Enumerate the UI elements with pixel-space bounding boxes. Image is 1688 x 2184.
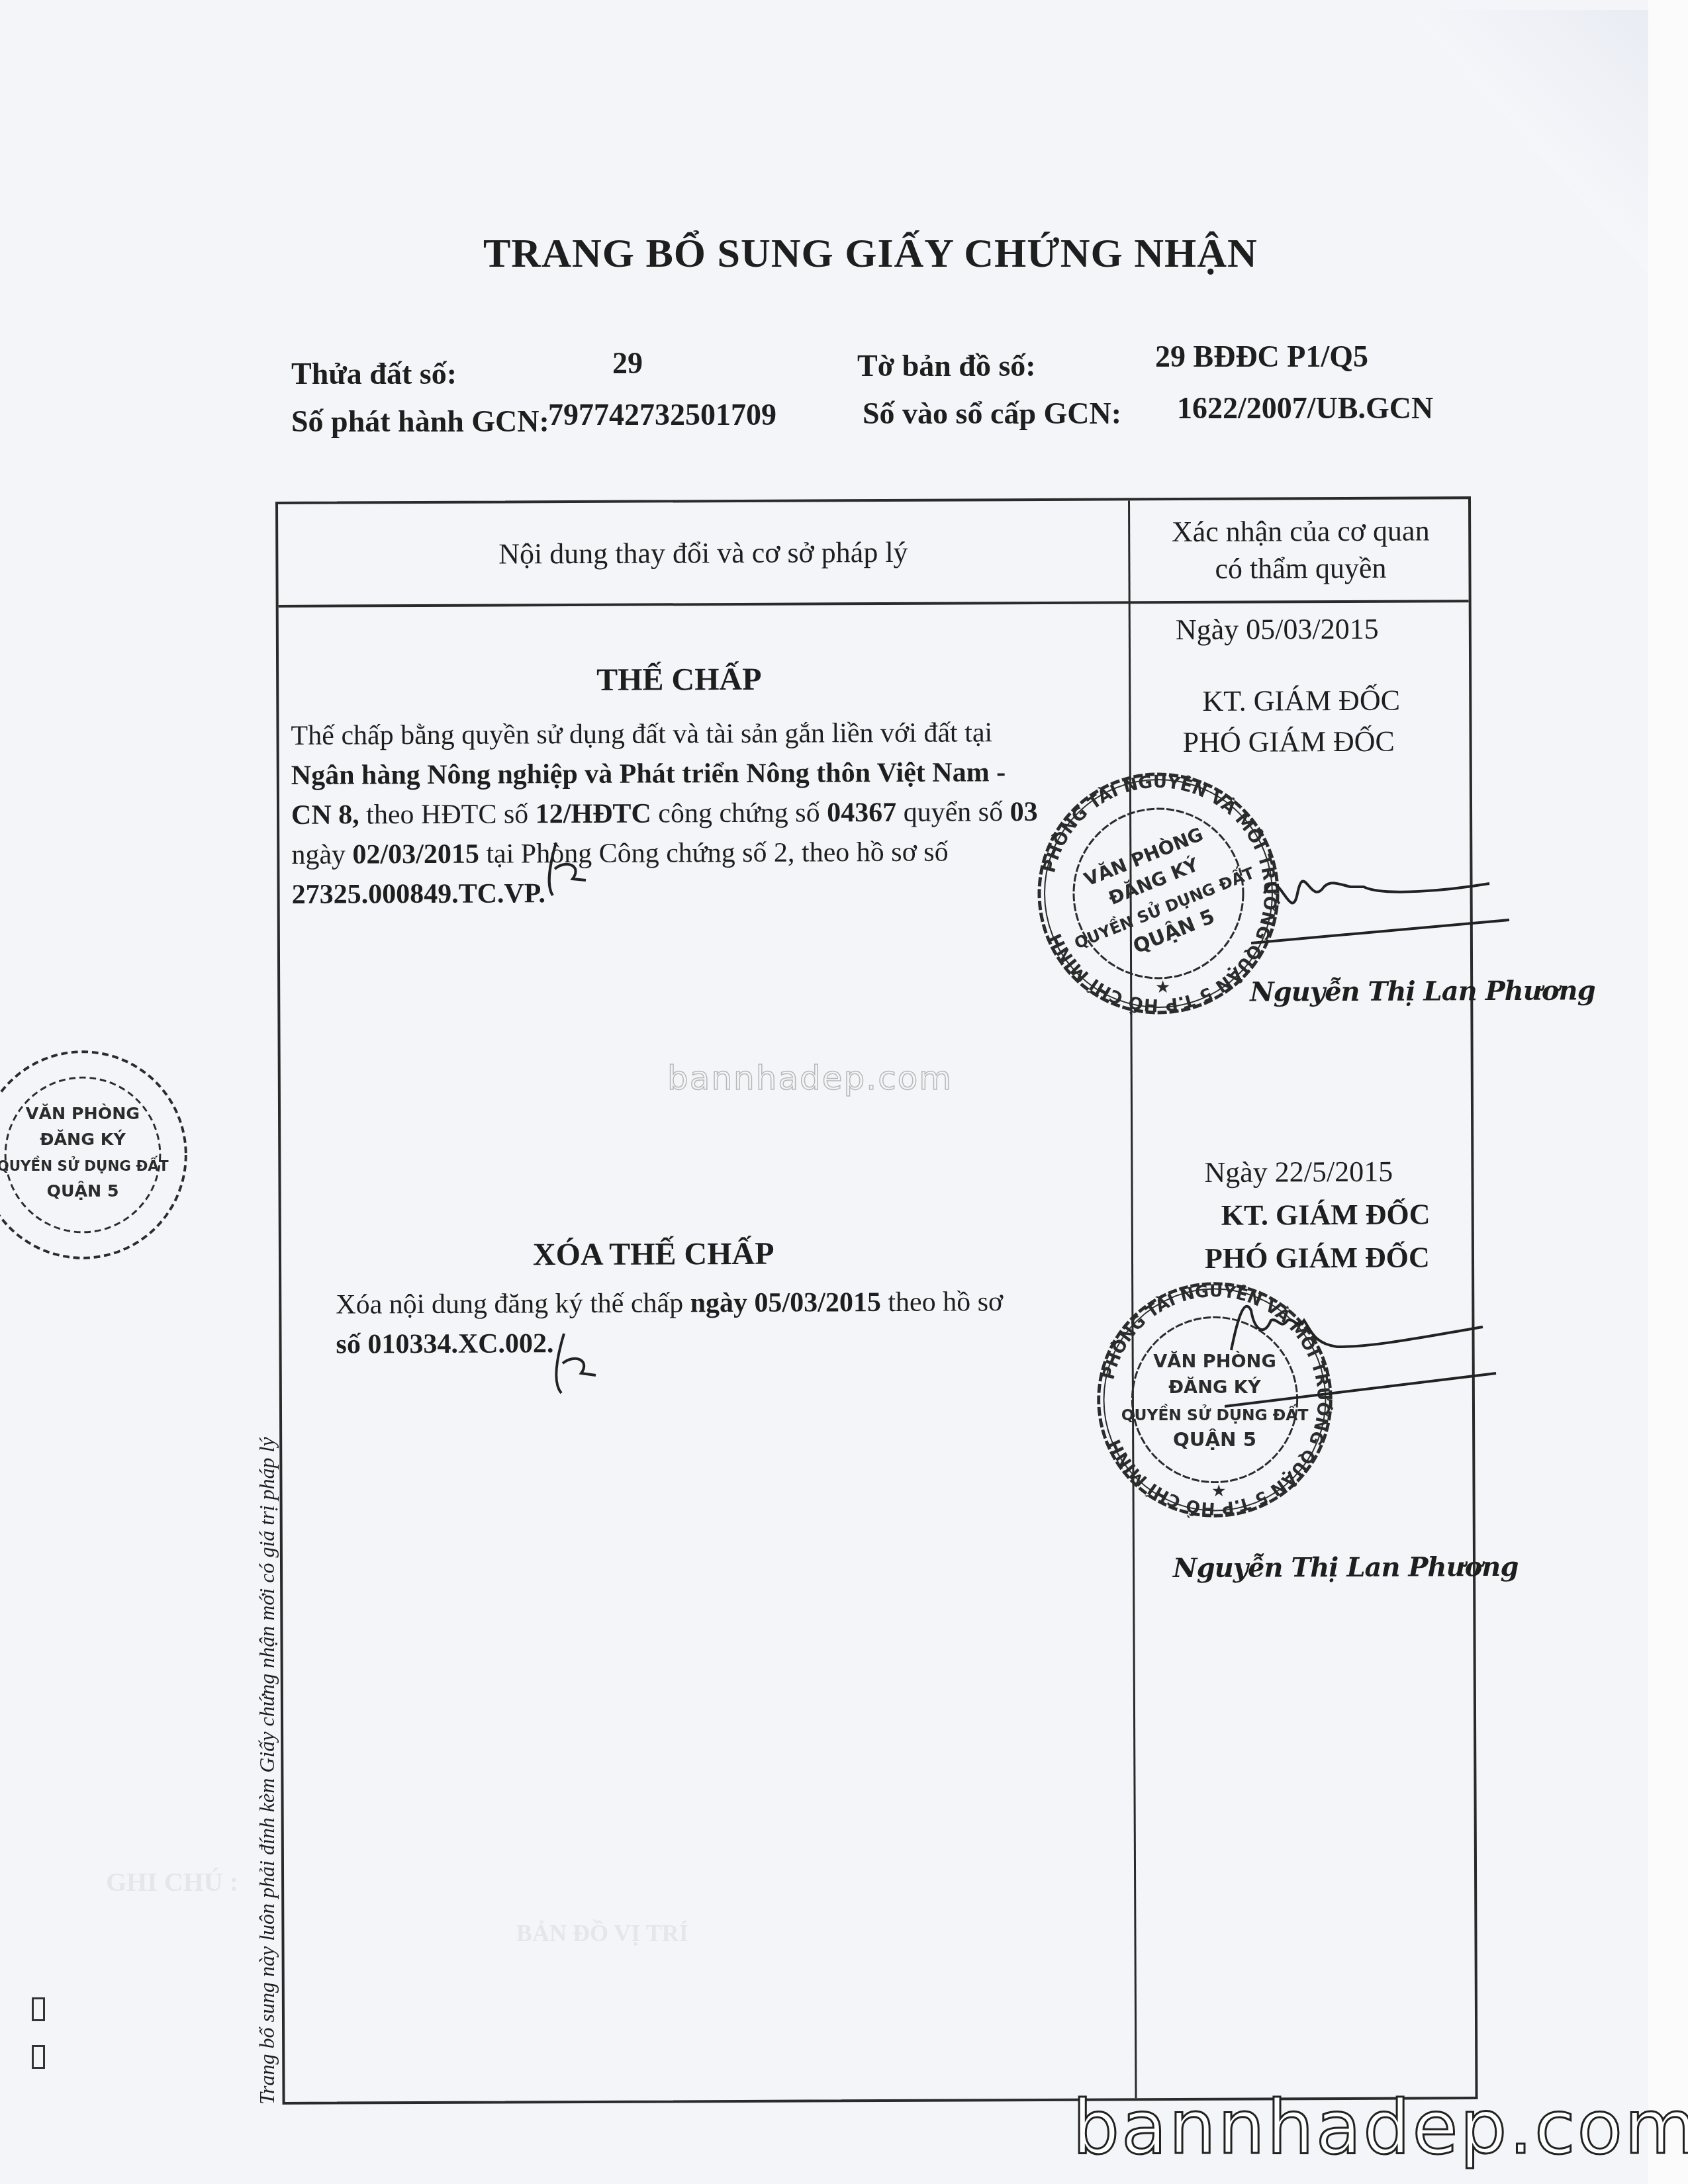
stamp-line-3: QUYỀN SỬ DỤNG ĐẤT xyxy=(0,1156,169,1175)
entry-mortgage-kt: KT. GIÁM ĐỐC xyxy=(1202,684,1400,718)
binding-mark xyxy=(32,2045,45,2069)
entry-mortgage-position: PHÓ GIÁM ĐỐC xyxy=(1182,725,1394,759)
paragraph-line: số 010334.XC.002. xyxy=(336,1322,1003,1364)
stamp-line-1: VĂN PHÒNG xyxy=(26,1103,140,1123)
entry-release-body: Xóa nội dung đăng ký thế chấp ngày 05/03… xyxy=(336,1282,1003,1364)
map-sheet-label: Tờ bản đồ số: xyxy=(857,348,1036,383)
paragraph-line: ngày 02/03/2015 tại Phòng Công chứng số … xyxy=(291,832,1038,875)
paragraph-line: CN 8, theo HĐTC số 12/HĐTC công chứng số… xyxy=(291,792,1038,835)
entry-release-signer: Nguyễn Thị Lan Phương xyxy=(1173,1551,1519,1584)
folded-corner xyxy=(1410,10,1648,275)
stamp-line-4: QUẬN 5 xyxy=(1173,1428,1256,1451)
page-title: TRANG BỔ SUNG GIẤY CHỨNG NHẬN xyxy=(483,230,1258,277)
register-number-value: 1622/2007/UB.GCN xyxy=(1177,390,1433,426)
bleed-through-text: GHI CHÚ : xyxy=(106,1866,238,1897)
header-authority-line2: có thẩm quyền xyxy=(1172,549,1430,588)
legal-side-note: Trang bổ sung này luôn phải đính kèm Giấ… xyxy=(255,1437,279,2105)
entry-release-date: Ngày 22/5/2015 xyxy=(1204,1155,1393,1189)
header-authority-line1: Xác nhận của cơ quan xyxy=(1172,512,1430,551)
paragraph-line: Xóa nội dung đăng ký thế chấp ngày 05/03… xyxy=(336,1282,1003,1324)
svg-text:★: ★ xyxy=(1211,1482,1227,1500)
header-authority: Xác nhận của cơ quan có thẩm quyền xyxy=(1130,499,1472,601)
scanned-page: GHI CHÚ : BẢN ĐỒ VỊ TRÍ TRANG BỔ SUNG GI… xyxy=(0,0,1648,2184)
entry-mortgage-signer: Nguyễn Thị Lan Phương xyxy=(1250,975,1595,1007)
entry-release-title: XÓA THẾ CHẤP xyxy=(533,1236,774,1273)
binding-mark xyxy=(32,1997,45,2021)
issue-number-value: 797742732501709 xyxy=(548,397,776,432)
signature-2 xyxy=(1225,1291,1503,1416)
entry-release-kt: KT. GIÁM ĐỐC xyxy=(1221,1197,1430,1232)
paragraph-line: 27325.000849.TC.VP. xyxy=(291,872,1038,915)
parcel-value: 29 xyxy=(612,345,643,381)
stamp-line-2: ĐĂNG KÝ xyxy=(40,1129,126,1149)
entry-mortgage-title: THẾ CHẤP xyxy=(596,661,762,698)
svg-text:★: ★ xyxy=(1155,978,1170,997)
entry-mortgage-date: Ngày 05/03/2015 xyxy=(1176,612,1379,647)
issue-number-label: Số phát hành GCN: xyxy=(291,404,549,439)
partial-stamp-left: VĂN PHÒNG ĐĂNG KÝ QUYỀN SỬ DỤNG ĐẤT QUẬN… xyxy=(0,1032,205,1277)
map-sheet-value: 29 BĐĐC P1/Q5 xyxy=(1155,339,1368,374)
paragraph-line: Ngân hàng Nông nghiệp và Phát triển Nông… xyxy=(291,752,1038,796)
official-stamp-1: PHÒNG TÀI NGUYÊN VÀ MÔI TRƯỜNG QUẬN 5 T.… xyxy=(1033,768,1284,1019)
entry-release-position: PHÓ GIÁM ĐỐC xyxy=(1205,1240,1430,1275)
initials-mark xyxy=(549,1330,609,1396)
watermark-center: bannhadep.com xyxy=(667,1059,953,1097)
parcel-label: Thửa đất số: xyxy=(291,356,457,391)
paragraph-line: Thế chấp bằng quyền sử dụng đất và tài s… xyxy=(291,713,1037,756)
entry-mortgage-body: Thế chấp bằng quyền sử dụng đất và tài s… xyxy=(291,713,1038,915)
watermark-footer: bannhadep.com xyxy=(1072,2085,1688,2171)
header-content: Nội dung thay đổi và cơ sở pháp lý xyxy=(278,500,1129,605)
register-number-label: Số vào sổ cấp GCN: xyxy=(863,396,1121,431)
header-content-label: Nội dung thay đổi và cơ sở pháp lý xyxy=(498,535,908,570)
stamp-line-4: QUẬN 5 xyxy=(46,1181,118,1201)
initials-mark xyxy=(543,839,602,899)
signature-1 xyxy=(1251,821,1516,966)
scan-margin xyxy=(1648,0,1688,2184)
